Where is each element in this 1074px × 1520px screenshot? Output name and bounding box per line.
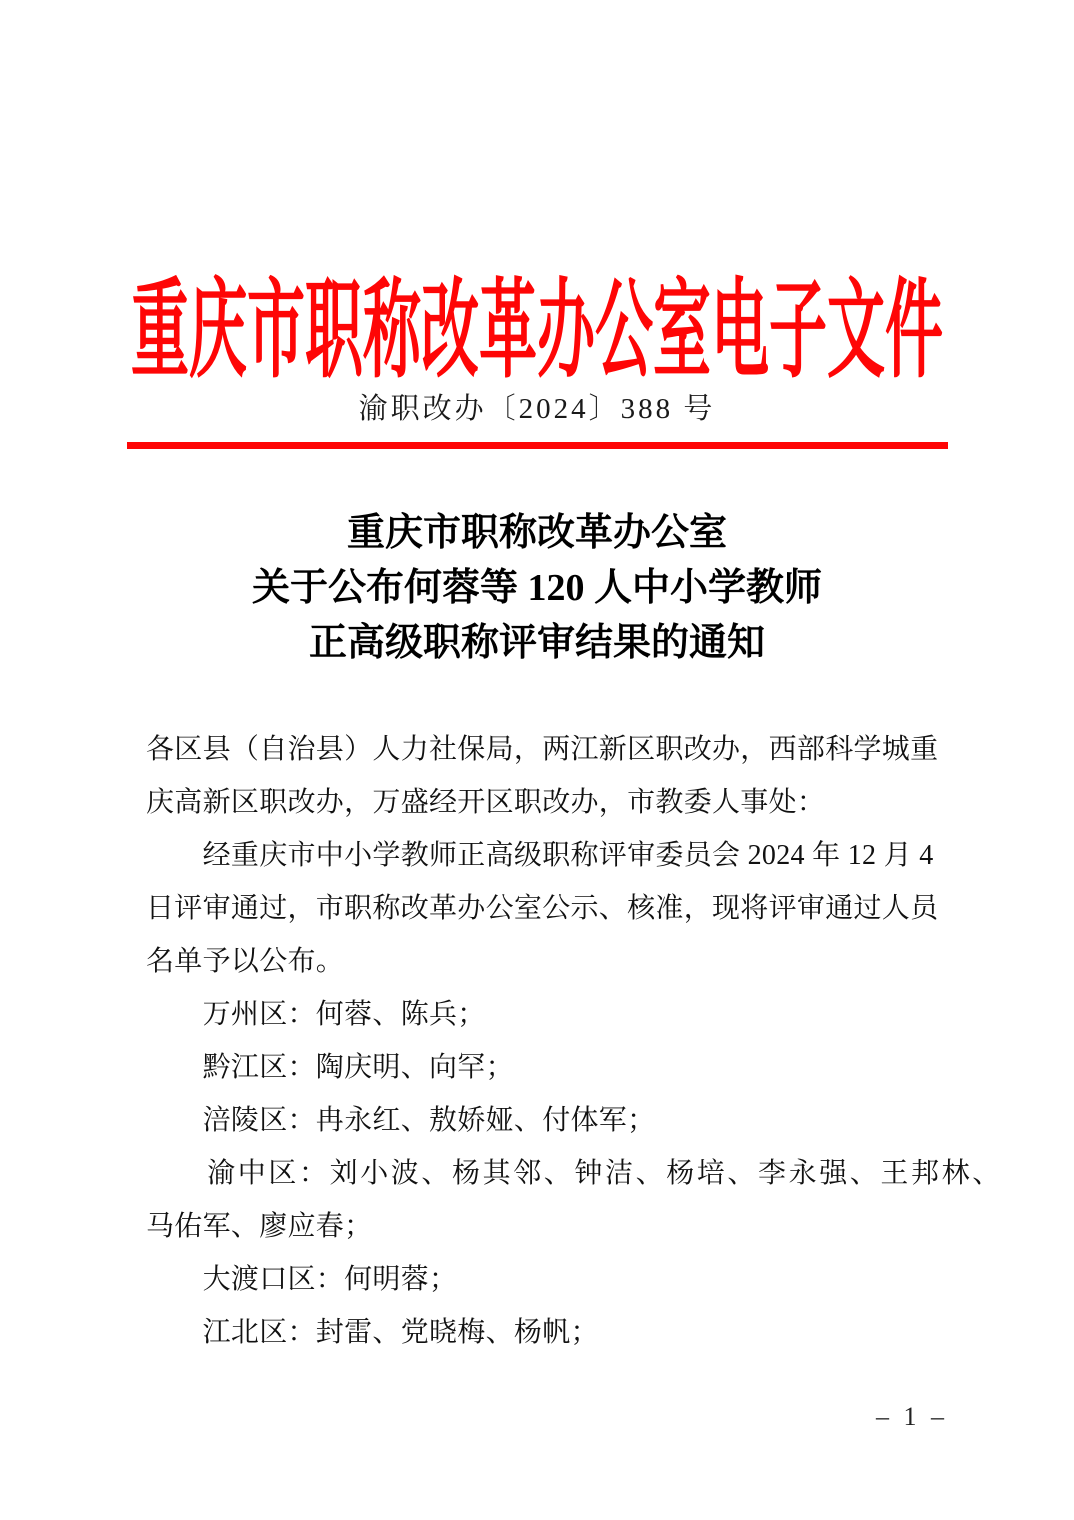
- document-body: 各区县（自治县）人力社保局，两江新区职改办，西部科学城重 庆高新区职改办，万盛经…: [146, 723, 938, 1359]
- document-page: 重庆市职称改革办公室电子文件 渝职改办〔2024〕388 号 重庆市职称改革办公…: [0, 0, 1074, 1520]
- header-divider-line: [127, 442, 948, 449]
- body-line-dadukou: 大渡口区：何明蓉；: [146, 1253, 938, 1306]
- body-line-fuling: 涪陵区：冉永红、敖娇娅、付体军；: [146, 1094, 938, 1147]
- body-line-wanzhou: 万州区：何蓉、陈兵；: [146, 988, 938, 1041]
- body-line-yuzhong-2: 马佑军、廖应春；: [146, 1200, 938, 1253]
- body-line-recipients-2: 庆高新区职改办，万盛经开区职改办，市教委人事处：: [146, 776, 938, 829]
- document-title-line-1: 重庆市职称改革办公室: [0, 506, 1074, 561]
- document-title: 重庆市职称改革办公室 关于公布何蓉等 120 人中小学教师 正高级职称评审结果的…: [0, 506, 1074, 671]
- body-line-intro-3: 名单予以公布。: [146, 935, 938, 988]
- document-banner-title: 重庆市职称改革办公室电子文件: [0, 243, 1074, 398]
- body-line-jiangbei: 江北区：封雷、党晓梅、杨帆；: [146, 1306, 938, 1359]
- body-line-recipients-1: 各区县（自治县）人力社保局，两江新区职改办，西部科学城重: [146, 723, 938, 776]
- body-line-intro-2: 日评审通过，市职称改革办公室公示、核准，现将评审通过人员: [146, 882, 938, 935]
- body-line-qianjiang: 黔江区：陶庆明、向罕；: [146, 1041, 938, 1094]
- body-line-yuzhong-1: 渝中区：刘小波、杨其邻、钟洁、杨培、李永强、王邦林、: [146, 1147, 938, 1200]
- document-title-line-3: 正高级职称评审结果的通知: [0, 616, 1074, 671]
- page-number: – 1 –: [876, 1402, 948, 1432]
- document-reference-number: 渝职改办〔2024〕388 号: [0, 386, 1074, 427]
- document-title-line-2: 关于公布何蓉等 120 人中小学教师: [0, 561, 1074, 616]
- body-line-intro-1: 经重庆市中小学教师正高级职称评审委员会 2024 年 12 月 4: [146, 829, 938, 882]
